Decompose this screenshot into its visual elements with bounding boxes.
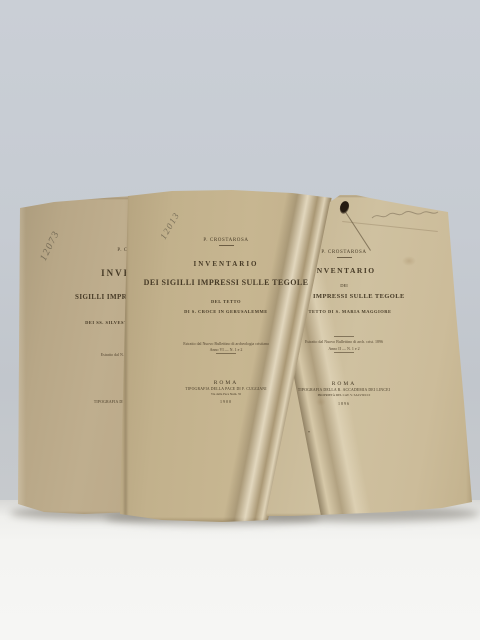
extract-rule: [216, 353, 236, 354]
title-line2: DEI SIGILLI IMPRESSI SULLE TEGOLE: [121, 278, 331, 287]
author-rule: [219, 245, 234, 246]
extract-rule: [334, 352, 354, 353]
extract-line2: Anno VI — N. 1 e 2: [121, 347, 331, 352]
footnote-mark: *: [308, 430, 311, 435]
extract-line1: Estratto dal Nuovo Bullettino di archeol…: [121, 341, 331, 346]
photo-scene: 12073 P. CROSTAROSA INVENTARIO DEI SIGIL…: [0, 0, 480, 640]
subtitle-line1: DEL TETTO: [121, 299, 331, 304]
author-line: P. CROSTAROSA: [121, 238, 331, 243]
subtitle-line2: DI S. CROCE IN GERUSALEMME: [121, 309, 331, 314]
extract-top-rule: [334, 336, 354, 337]
title-line: INVENTARIO: [121, 260, 331, 268]
author-rule: [337, 257, 352, 258]
